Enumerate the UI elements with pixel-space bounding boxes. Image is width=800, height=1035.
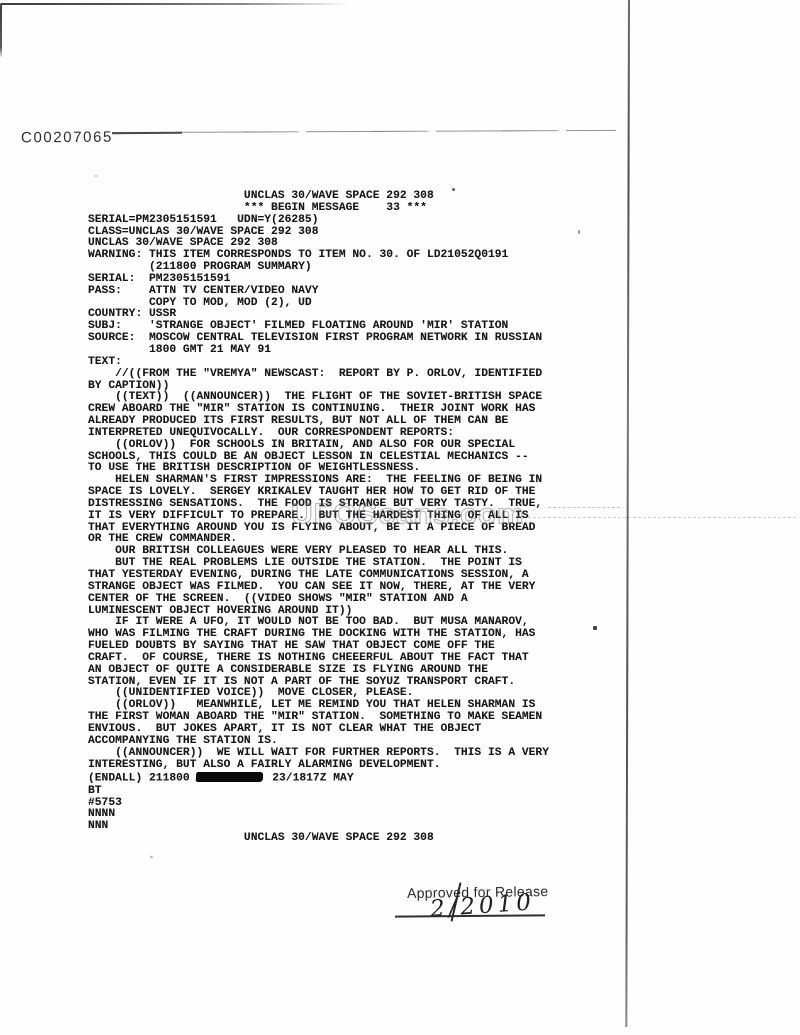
document-line: (ENDALL) 211800 23/1817Z MAY <box>88 771 549 785</box>
document-line: NNNN <box>88 809 549 821</box>
document-line: INTERPRETED UNEQUIVOCALLY. OUR CORRESPON… <box>88 428 549 440</box>
document-line: AN OBJECT OF QUITE A CONSIDERABLE SIZE I… <box>88 665 549 677</box>
scan-left-edge-line <box>0 5 2 58</box>
header-dashed-rule-dark-segment <box>112 132 182 134</box>
ink-speck <box>578 230 580 234</box>
document-line: 1800 GMT 21 MAY 91 <box>88 345 549 357</box>
document-line: UNCLAS 30/WAVE SPACE 292 308 <box>88 833 549 845</box>
ink-speck <box>150 855 154 858</box>
foia-document-number: C00207065 <box>21 129 113 147</box>
document-line: STRANGE OBJECT WAS FILMED. YOU CAN SEE I… <box>88 582 549 594</box>
ink-speck <box>593 626 597 630</box>
document-line-text: 23/1817Z MAY <box>265 773 353 785</box>
watermark: UFOScans.com <box>291 499 525 531</box>
document-line: ((ANNOUNCER)) WE WILL WAIT FOR FURTHER R… <box>88 748 549 760</box>
faint-dash-line <box>548 507 620 508</box>
redaction-bar <box>196 772 264 782</box>
document-line: SERIAL=PM2305151591 UDN=Y(26285) <box>88 215 549 227</box>
document-line: //((FROM THE "VREMYA" NEWSCAST: REPORT B… <box>88 369 549 381</box>
document-line: ACCOMPANYING THE STATION IS. <box>88 736 549 748</box>
document-line: CENTER OF THE SCREEN. ((VIDEO SHOWS "MIR… <box>88 594 549 606</box>
ink-speck <box>452 188 455 191</box>
document-line-text: (ENDALL) 211800 <box>88 773 196 785</box>
scan-right-edge-line <box>625 0 629 1027</box>
document-line: INTERESTING, BUT ALSO A FAIRLY ALARMING … <box>88 760 549 772</box>
document-line: PASS: ATTN TV CENTER/VIDEO NAVY <box>88 286 549 298</box>
document-line: SERIAL: PM2305151591 <box>88 274 549 286</box>
scan-top-edge-line <box>0 3 348 5</box>
document-line: *** BEGIN MESSAGE 33 *** <box>88 203 549 215</box>
document-line: CRAFT. OF COURSE, THERE IS NOTHING CHEEE… <box>88 653 549 665</box>
header-dashed-rule <box>112 130 616 134</box>
document-line: #5753 <box>88 798 549 810</box>
faint-dash-line <box>528 517 796 518</box>
document-line: TEXT: <box>88 357 549 369</box>
scanned-document-page: C00207065 UNCLAS 30/WAVE SPACE 292 308 *… <box>0 0 800 1035</box>
ink-speck <box>95 175 97 177</box>
document-line: BT <box>88 786 549 798</box>
document-line: ((ORLOV)) FOR SCHOOLS IN BRITAIN, AND AL… <box>88 440 549 452</box>
